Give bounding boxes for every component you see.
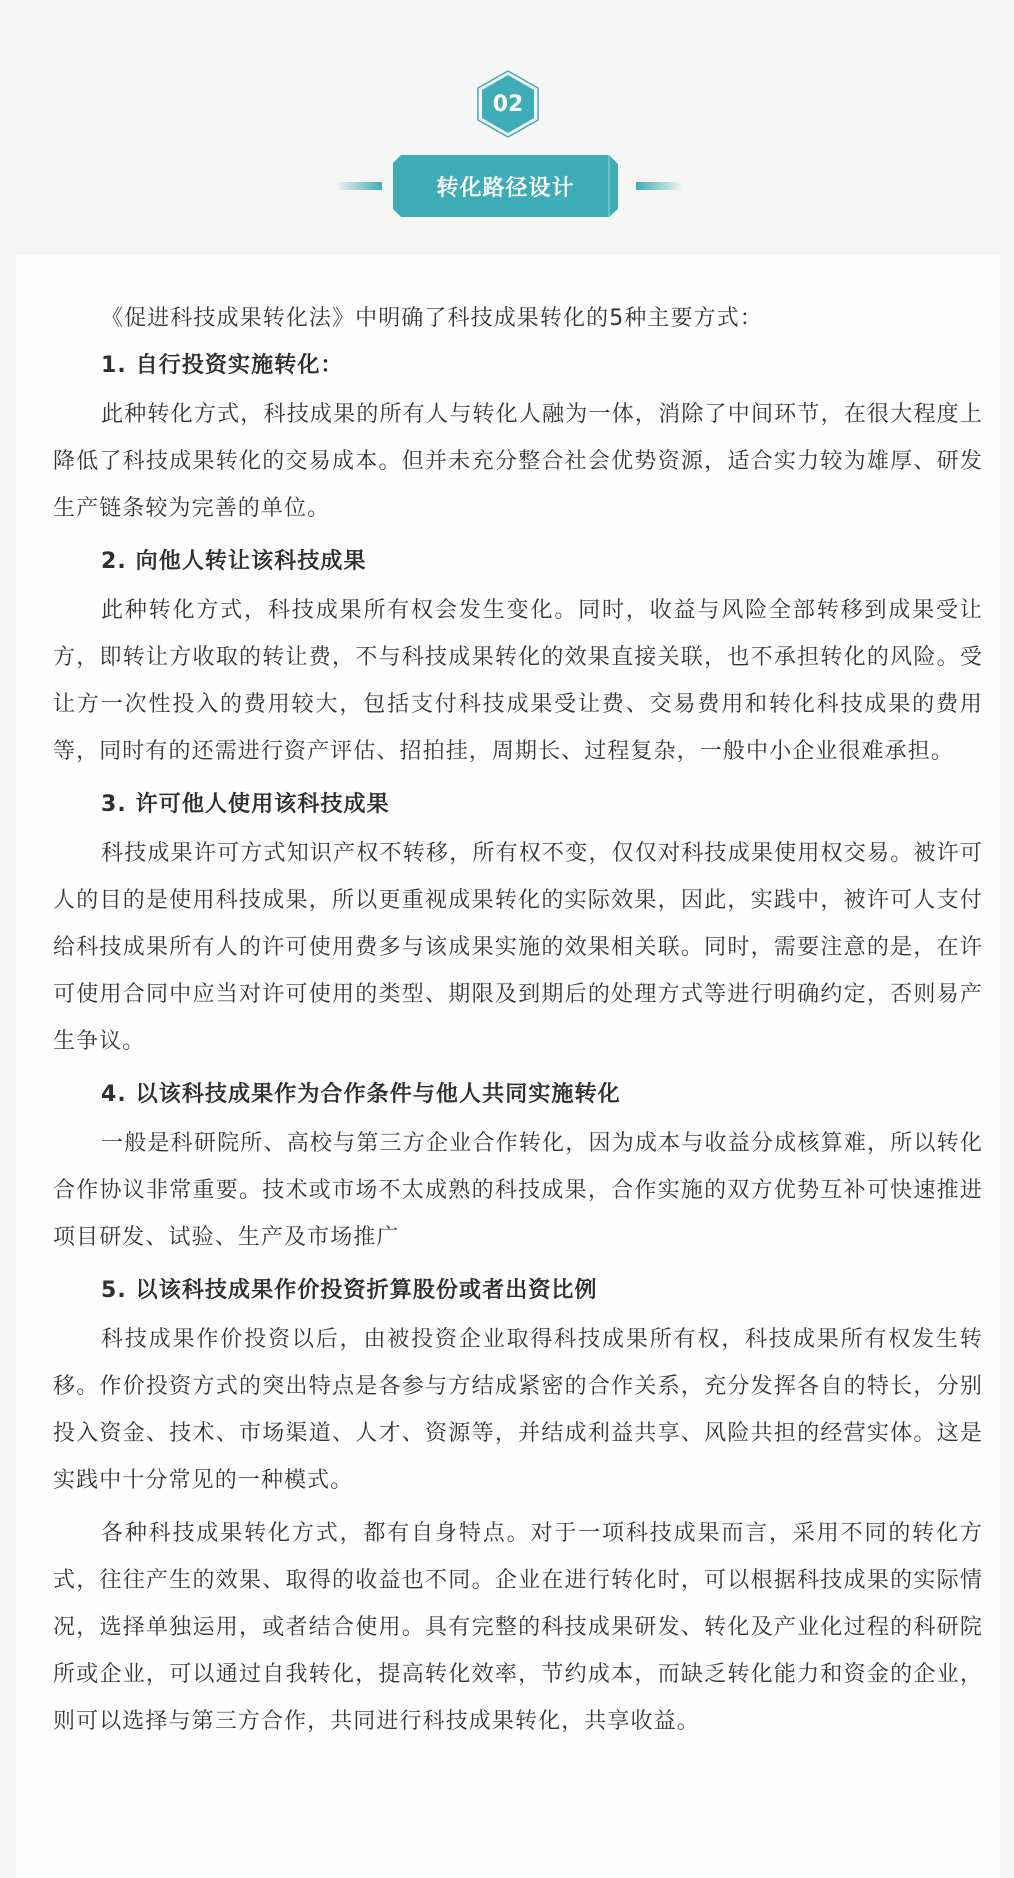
section-number: 02 bbox=[477, 70, 539, 138]
section-heading-5: 5. 以该科技成果作价投资折算股份或者出资比例 bbox=[53, 1267, 983, 1314]
section-number-badge: 02 bbox=[477, 70, 539, 138]
section-body-5: 科技成果作价投资以后，由被投资企业取得科技成果所有权，科技成果所有权发生转移。作… bbox=[53, 1316, 983, 1504]
section-heading-3: 3. 许可他人使用该科技成果 bbox=[53, 781, 983, 828]
section-header: 02 转化路径设计 bbox=[0, 0, 1014, 255]
section-title: 转化路径设计 bbox=[393, 155, 618, 217]
decorative-line-left bbox=[337, 182, 382, 190]
conclusion-paragraph: 各种科技成果转化方式，都有自身特点。对于一项科技成果而言，采用不同的转化方式，往… bbox=[53, 1510, 983, 1745]
section-body-1: 此种转化方式，科技成果的所有人与转化人融为一体，消除了中间环节，在很大程度上降低… bbox=[53, 391, 983, 532]
section-title-banner: 转化路径设计 bbox=[393, 155, 623, 217]
article-card: 《促进科技成果转化法》中明确了科技成果转化的5种主要方式： 1. 自行投资实施转… bbox=[16, 255, 1000, 1878]
section-body-4: 一般是科研院所、高校与第三方企业合作转化，因为成本与收益分成核算难，所以转化合作… bbox=[53, 1120, 983, 1261]
section-body-3: 科技成果许可方式知识产权不转移，所有权不变，仅仅对科技成果使用权交易。被许可人的… bbox=[53, 830, 983, 1065]
intro-paragraph: 《促进科技成果转化法》中明确了科技成果转化的5种主要方式： bbox=[53, 295, 983, 342]
article-content: 《促进科技成果转化法》中明确了科技成果转化的5种主要方式： 1. 自行投资实施转… bbox=[53, 295, 983, 1745]
section-heading-4: 4. 以该科技成果作为合作条件与他人共同实施转化 bbox=[53, 1071, 983, 1118]
decorative-line-right bbox=[636, 182, 681, 190]
section-body-2: 此种转化方式，科技成果所有权会发生变化。同时，收益与风险全部转移到成果受让方，即… bbox=[53, 587, 983, 775]
section-heading-2: 2. 向他人转让该科技成果 bbox=[53, 538, 983, 585]
section-heading-1: 1. 自行投资实施转化： bbox=[53, 342, 983, 389]
